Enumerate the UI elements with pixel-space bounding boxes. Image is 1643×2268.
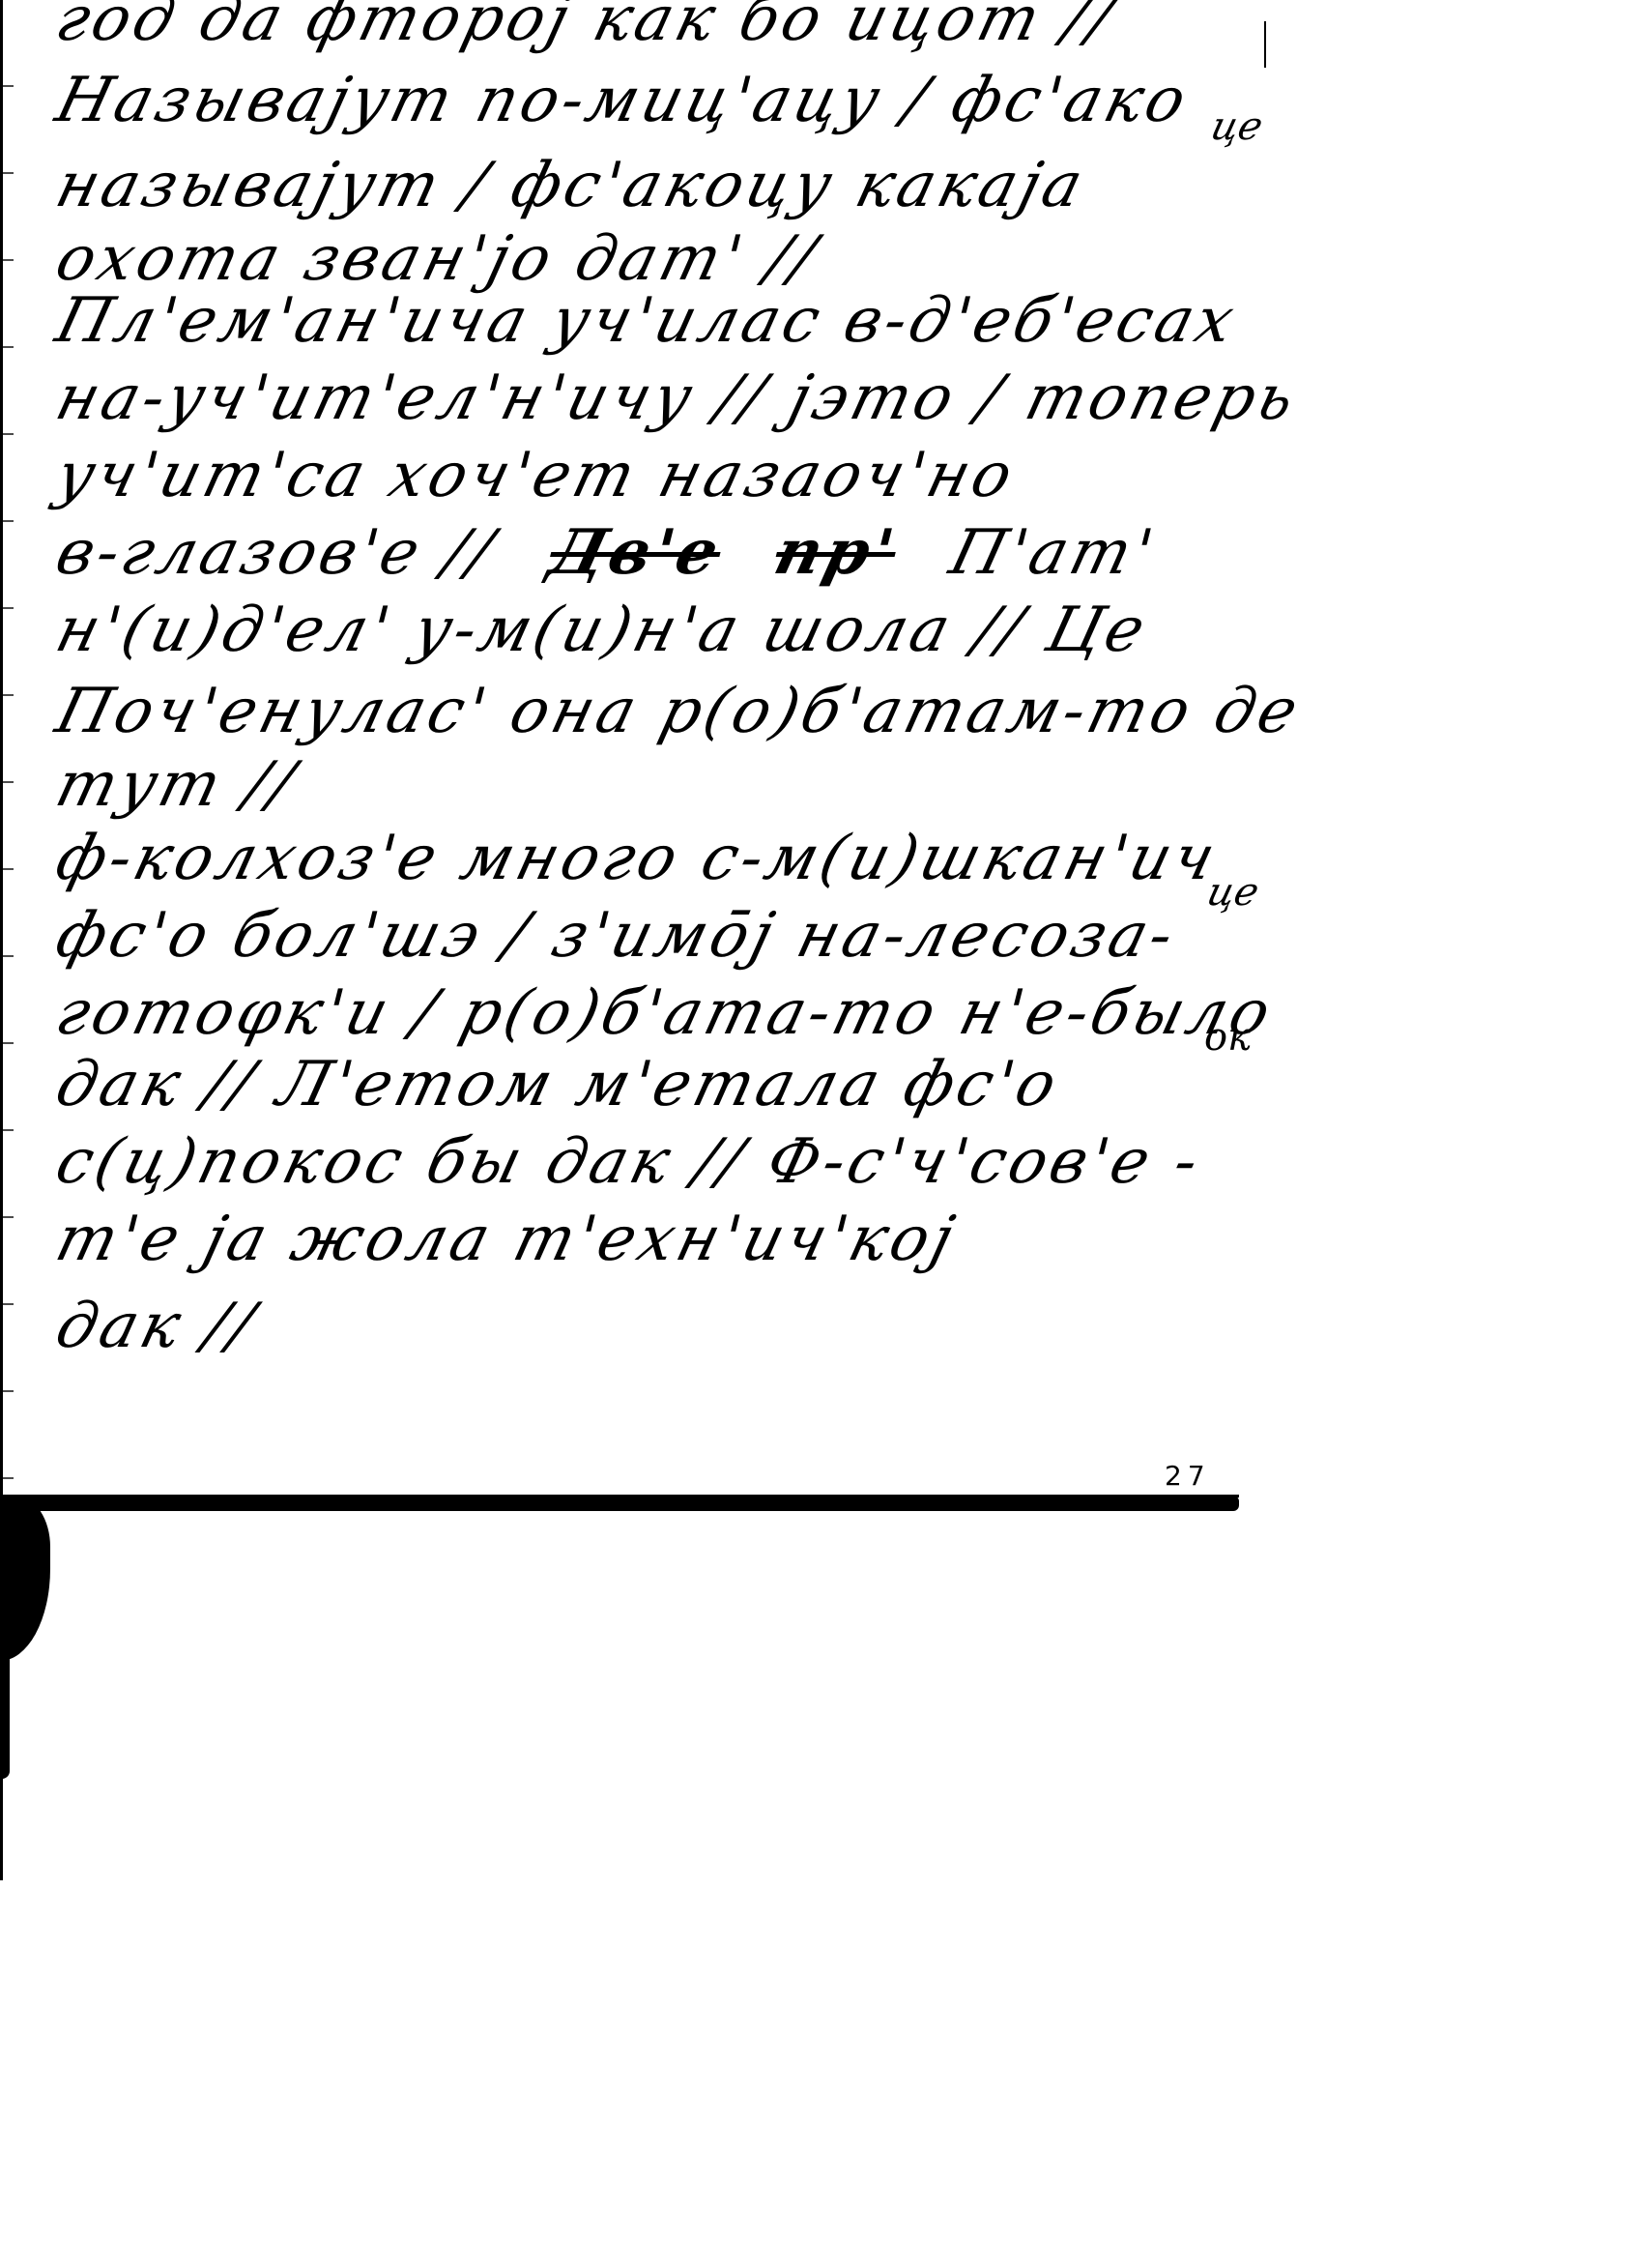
line-text: с(ц)покос бы дак // Ф-с'ч'сов'е - [49, 1126, 1210, 1198]
struck-out-word: пр' [767, 516, 905, 589]
text-line-4: охота зван'јо дат' // [50, 228, 825, 290]
scan-shadow-blob [0, 1497, 50, 1661]
line-text: ф-колхоз'е много с-м(и)шкан'ич [49, 823, 1225, 894]
line-text: т'е ја жола т'ехн'ич'кој [49, 1204, 965, 1275]
line-text: фс'о бол'шэ / з'имо̄ј на-лесоза- [49, 900, 1185, 972]
text-line-5: Пл'ем'ан'ича уч'илас в-д'еб'есах [50, 290, 1243, 352]
line-text: на-уч'ит'ел'н'ичу // јэто / топерь [49, 363, 1306, 434]
line-text: дак // Л'етом м'етала фс'о [49, 1049, 1067, 1120]
text-line-10: Поч'енулас' она р(о)б'атам-то де [50, 681, 1308, 742]
line-text: готоφк'и / р(о)б'ата-то н'е-было [49, 977, 1282, 1049]
text-line-11: тут // [50, 754, 303, 816]
struck-out-word: Дв'е [542, 516, 730, 589]
text-line-7: уч'ит'са хоч'ет назаоч'но [50, 445, 1022, 507]
left-margin-ticks [0, 0, 14, 1498]
line-text: в-глазов'е // [49, 517, 504, 589]
text-line-13: фс'о бол'шэ / з'имо̄ј на-лесоза- [50, 905, 1183, 967]
margin-note: це [1206, 104, 1267, 149]
scanned-page: год да фторо̄ј как бо ицот // Называјут … [0, 0, 1643, 2268]
text-line-1: год да фторо̄ј как бо ицот // [50, 0, 1122, 50]
text-line-9: н'(и)д'ел' у-м(и)н'а шола // Це [50, 599, 1154, 661]
line-text: тут // [49, 749, 304, 821]
text-line-6: на-уч'ит'ел'н'ичу // јэто / топерь [50, 367, 1304, 429]
text-line-8: в-глазов'е // Дв'е пр' П'ат' [50, 522, 1196, 584]
margin-note: ок [1204, 1015, 1251, 1060]
text-line-16: с(ц)покос бы дак // Ф-с'ч'сов'е - [50, 1131, 1208, 1193]
line-text: н'(и)д'ел' у-м(и)н'а шола // Це [49, 595, 1156, 666]
text-line-15: дак // Л'етом м'етала фс'о [50, 1054, 1066, 1116]
sheet-bottom-shadow [0, 1496, 1239, 1511]
text-line-17: т'е ја жола т'ехн'ич'кој [50, 1208, 964, 1270]
page-number: 27 [1165, 1460, 1211, 1492]
line-text: Поч'енулас' она р(о)б'атам-то де [49, 676, 1309, 747]
text-line-3: называјут / фс'акоцу какаја [50, 155, 1092, 217]
line-text: называјут / фс'акоцу какаја [49, 150, 1093, 221]
text-line-18: дак // [50, 1295, 263, 1357]
line-text: год да фторо̄ј как бо ицот // [49, 0, 1124, 55]
line-text: Пл'ем'ан'ича уч'илас в-д'еб'есах [49, 285, 1245, 357]
text-line-14: готоφк'и / р(о)б'ата-то н'е-было [50, 982, 1280, 1044]
margin-note: це [1202, 870, 1263, 915]
scan-shadow-tail [0, 1643, 10, 1779]
text-line-2: Называјут по-миц'ацу / фс'ако [50, 70, 1196, 131]
right-margin-stroke [1264, 21, 1266, 68]
line-text-rest: П'ат' [943, 517, 1164, 589]
line-text: Называјут по-миц'ацу / фс'ако [49, 65, 1196, 136]
line-text: уч'ит'са хоч'ет назаоч'но [49, 440, 1023, 511]
line-text: дак // [49, 1291, 265, 1362]
text-line-12: ф-колхоз'е много с-м(и)шкан'ич [50, 828, 1225, 889]
line-text: охота зван'јо дат' // [49, 223, 826, 295]
